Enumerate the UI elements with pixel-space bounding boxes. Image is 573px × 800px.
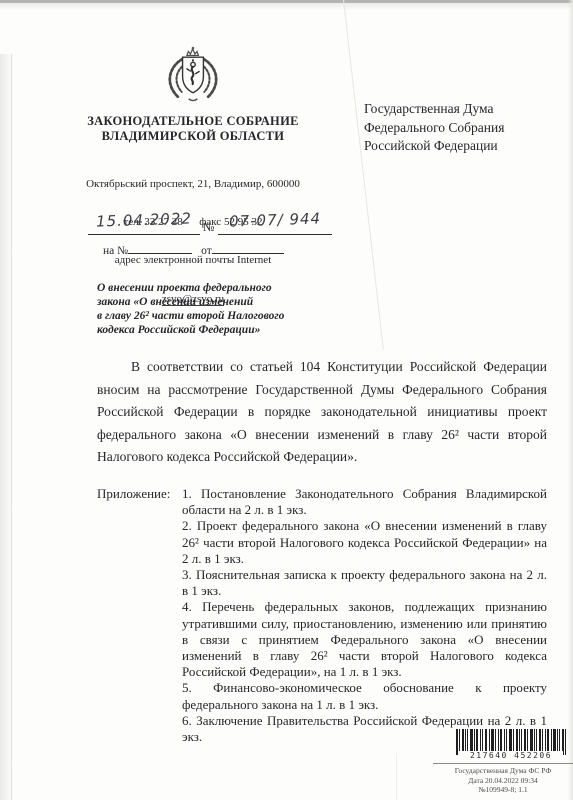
outgoing-number-field: 07-07/ 944 <box>218 211 332 235</box>
attachment-item: 2. Проект федерального закона «О внесени… <box>182 518 547 567</box>
scan-edge-left-shadow <box>0 54 12 800</box>
recipient-line1: Государственная Дума <box>364 100 504 119</box>
scan-artifact-line <box>396 753 397 800</box>
subject-line3: в главу 26² части второй Налогового <box>97 309 284 323</box>
attachments-list: 1. Постановление Законодательного Собран… <box>182 486 547 745</box>
stamp-org-line: Государственная Дума ФС РФ <box>433 766 573 776</box>
attachment-item: 4. Перечень федеральных законов, подлежа… <box>182 599 547 680</box>
subject-line1: О внесении проекта федерального <box>97 281 284 295</box>
attachments-label: Приложение: <box>97 486 182 745</box>
scan-edge-right-shadow <box>568 0 573 800</box>
stamp-number-line: №109949-8; 1.1 <box>433 785 573 795</box>
org-name-line2: ВЛАДИМИРСКОЙ ОБЛАСТИ <box>78 129 308 144</box>
organization-name: ЗАКОНОДАТЕЛЬНОЕ СОБРАНИЕ ВЛАДИМИРСКОЙ ОБ… <box>78 114 308 143</box>
reply-date-blank <box>212 241 284 254</box>
org-name-line1: ЗАКОНОДАТЕЛЬНОЕ СОБРАНИЕ <box>78 114 308 129</box>
outgoing-date-field: 15.04.2022 <box>88 211 200 235</box>
subject-line2: закона «О внесении изменений <box>97 295 284 309</box>
recipient-line2: Федерального Собрания <box>364 119 504 138</box>
vladimir-region-coat-of-arms-icon <box>153 45 233 111</box>
barcode-digits: 217640 452206 <box>459 751 563 760</box>
reference-line: 15.04.2022 № 07-07/ 944 <box>0 211 573 237</box>
attachment-item: 3. Пояснительная записка к проекту федер… <box>182 567 547 599</box>
letter-body-paragraph: В соответствии со статьей 104 Конституци… <box>97 356 547 469</box>
reply-reference-line: на №от <box>103 241 284 257</box>
handwritten-date: 15.04.2022 <box>96 209 192 230</box>
reply-date-prefix: от <box>201 245 212 257</box>
stamp-date-line: Дата 20.04.2022 09:34 <box>433 776 573 786</box>
attachment-item: 1. Постановление Законодательного Собран… <box>182 486 547 518</box>
reply-number-prefix: на № <box>103 245 128 257</box>
number-sign: № <box>203 220 214 235</box>
letter-subject: О внесении проекта федерального закона «… <box>97 281 284 337</box>
duma-registration-stamp: Государственная Дума ФС РФ Дата 20.04.20… <box>433 763 573 795</box>
paper-fold-line <box>343 0 384 350</box>
recipient-line3: Российской Федерации <box>364 137 504 156</box>
handwritten-number: 07-07/ 944 <box>229 209 322 230</box>
address-street: Октябрьский проспект, 21, Владимир, 6000… <box>78 178 308 191</box>
recipient-block: Государственная Дума Федерального Собран… <box>364 100 504 156</box>
scanned-letter-page: ЗАКОНОДАТЕЛЬНОЕ СОБРАНИЕ ВЛАДИМИРСКОЙ ОБ… <box>0 0 573 800</box>
attachments-section: Приложение: 1. Постановление Законодател… <box>97 486 547 745</box>
scan-edge-top-shadow <box>0 3 573 11</box>
attachment-item: 5. Финансово-экономическое обоснование к… <box>182 680 547 712</box>
registration-barcode: 217640 452206 <box>456 729 566 760</box>
subject-line4: кодекса Российской Федерации» <box>97 323 284 337</box>
reply-number-blank <box>128 241 192 254</box>
